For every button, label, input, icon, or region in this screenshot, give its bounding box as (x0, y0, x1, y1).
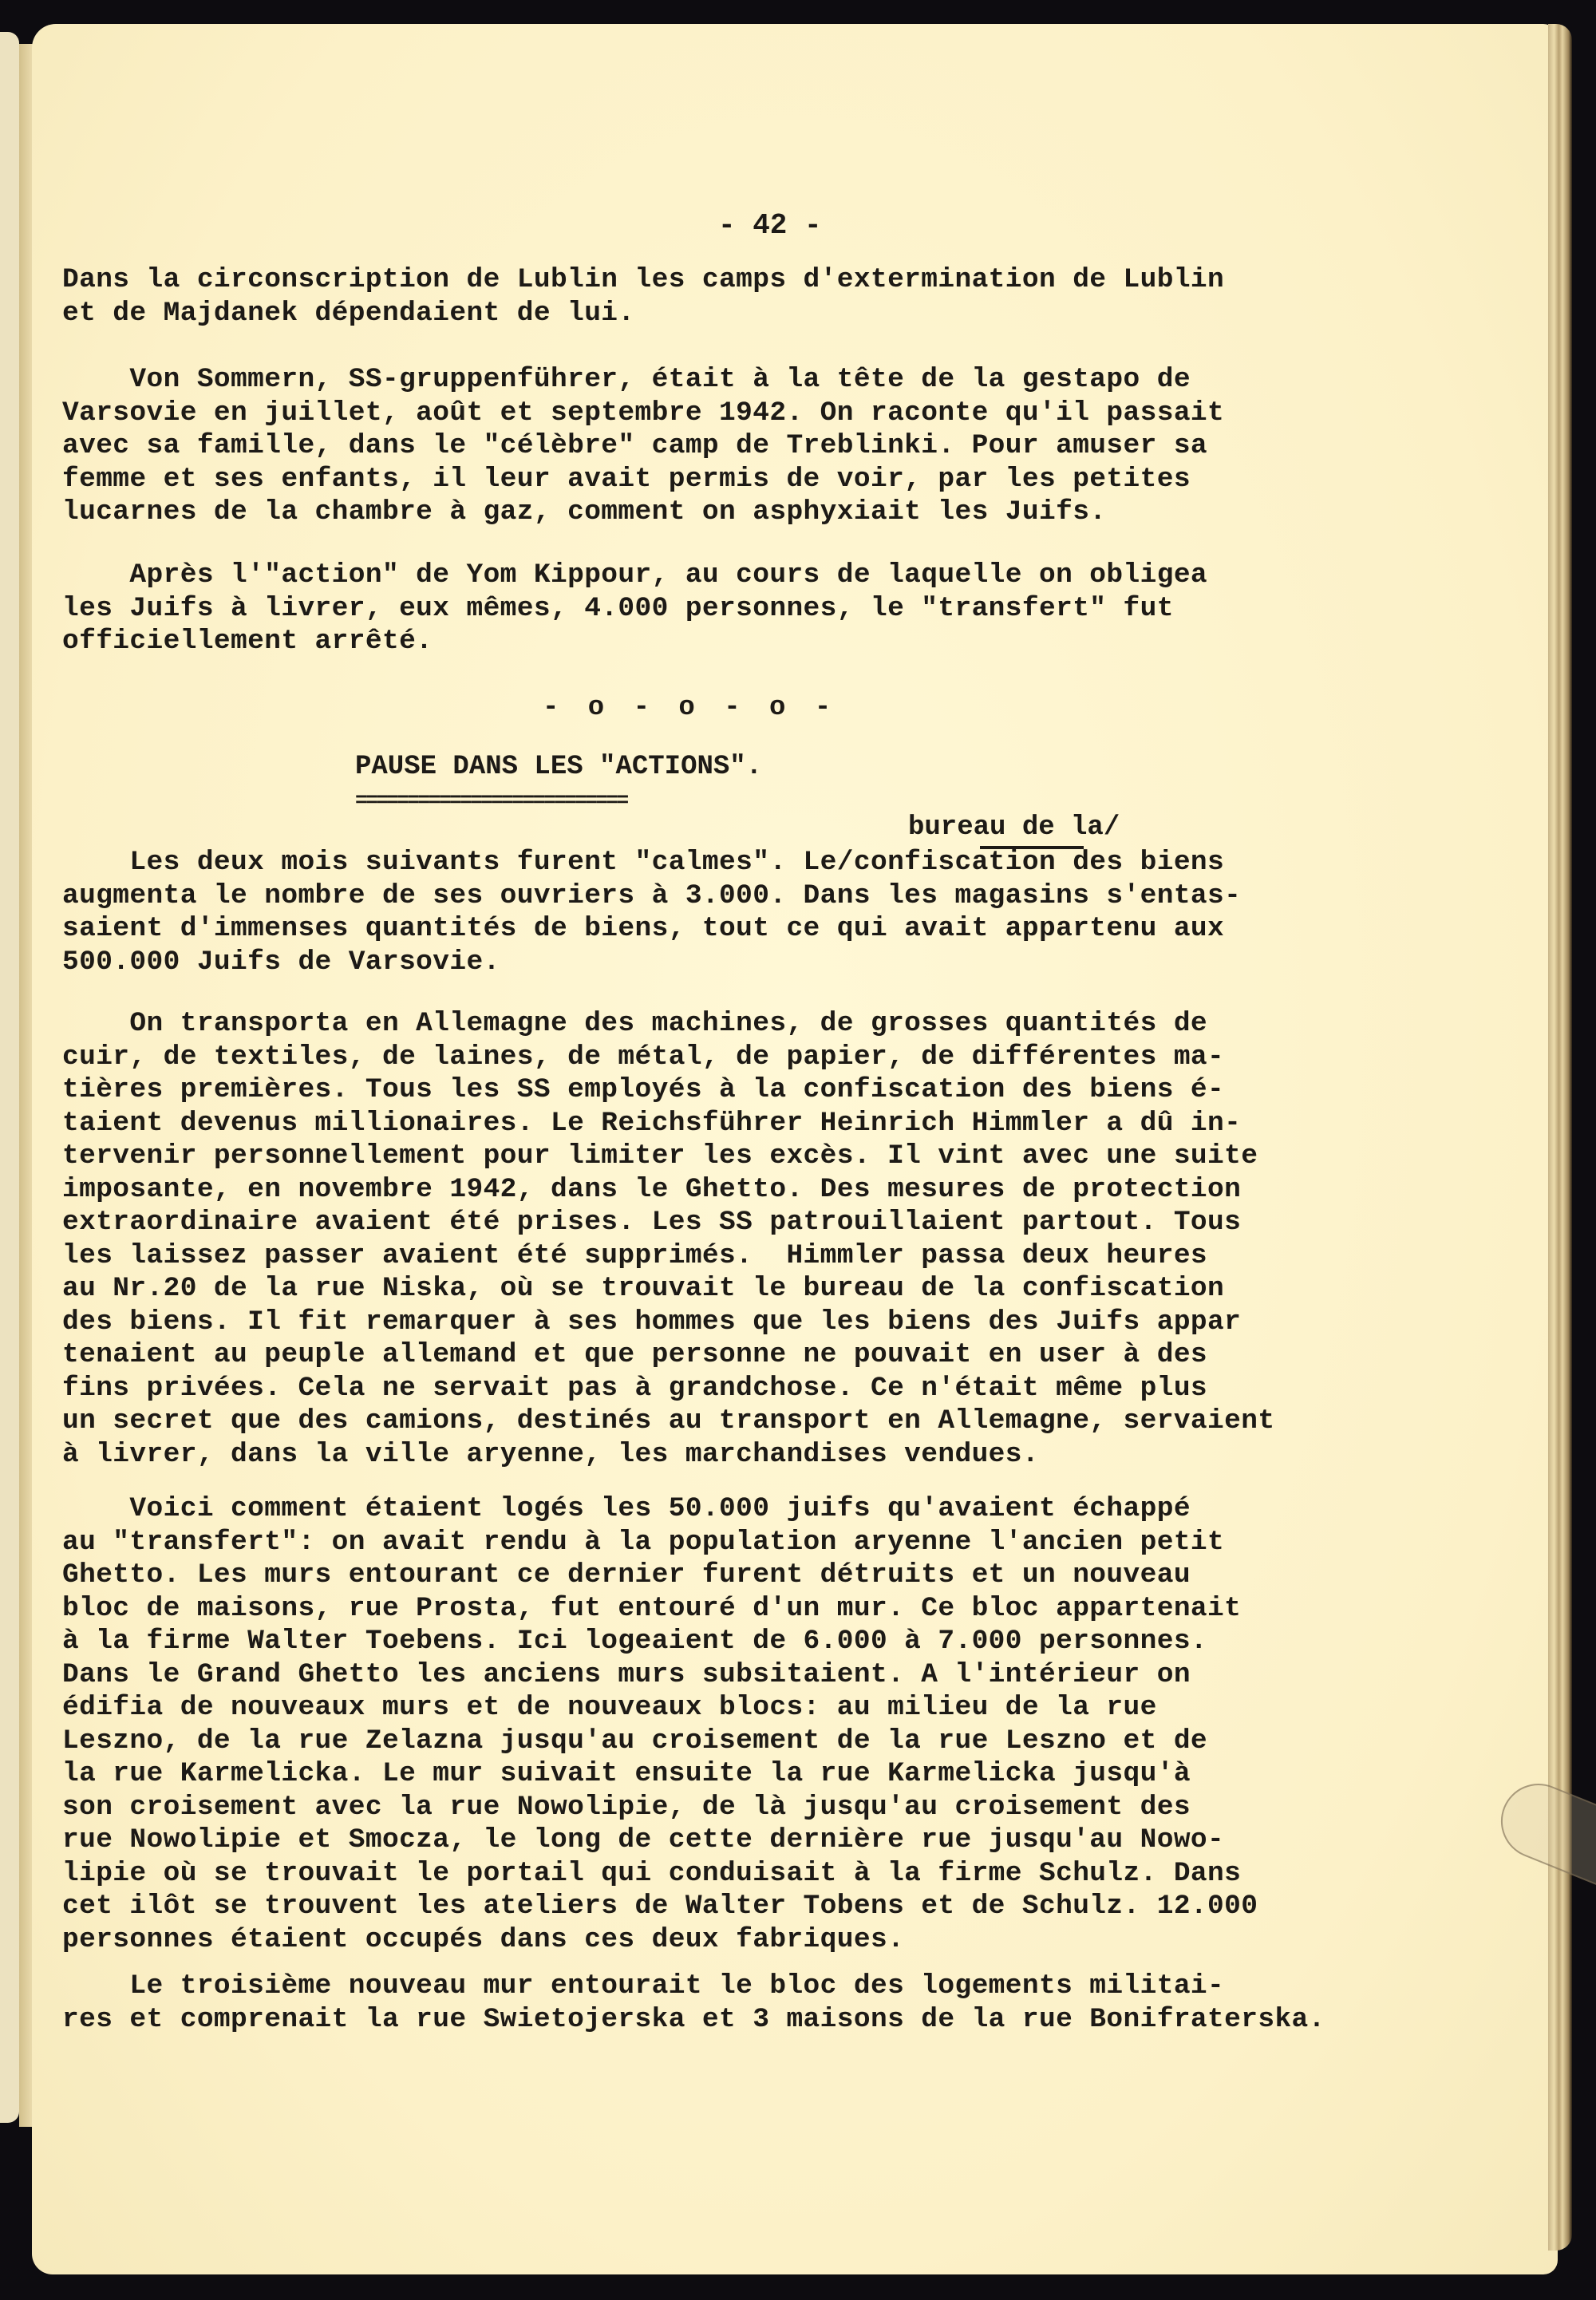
text-line: 500.000 Juifs de Varsovie. (62, 946, 1435, 979)
paragraph-yom-kippour: Après l'"action" de Yom Kippour, au cour… (62, 559, 1451, 658)
text-line: femme et ses enfants, il leur avait perm… (62, 463, 1435, 496)
text-line: Voici comment étaient logés les 50.000 j… (62, 1492, 1435, 1526)
text-line: Le troisième nouveau mur entourait le bl… (62, 1970, 1435, 2003)
text-line: cuir, de textiles, de laines, de métal, … (62, 1041, 1435, 1074)
text-line: Après l'"action" de Yom Kippour, au cour… (62, 559, 1435, 592)
paragraph-lublin: Dans la circonscription de Lublin les ca… (62, 263, 1451, 330)
section-separator: - o - o - o - (543, 693, 837, 723)
text-line: Ghetto. Les murs entourant ce dernier fu… (62, 1559, 1435, 1592)
text-line: avec sa famille, dans le "célèbre" camp … (62, 429, 1435, 463)
text-line: imposante, en novembre 1942, dans le Ghe… (62, 1173, 1435, 1207)
page-stack-edges (1548, 24, 1572, 2251)
text-line: officiellement arrêté. (62, 625, 1435, 658)
text-line: On transporta en Allemagne des machines,… (62, 1007, 1435, 1041)
text-line: la rue Karmelicka. Le mur suivait ensuit… (62, 1757, 1435, 1791)
text-line: les Juifs à livrer, eux mêmes, 4.000 per… (62, 592, 1435, 626)
text-line: à livrer, dans la ville aryenne, les mar… (62, 1438, 1435, 1472)
text-line: res et comprenait la rue Swietojerska et… (62, 2003, 1435, 2037)
text-line: un secret que des camions, destinés au t… (62, 1405, 1435, 1438)
text-line: les laissez passer avaient été supprimés… (62, 1239, 1435, 1273)
text-line: rue Nowolipie et Smocza, le long de cett… (62, 1824, 1435, 1857)
text-line: au Nr.20 de la rue Niska, où se trouvait… (62, 1272, 1435, 1306)
paragraph-transport-allemagne: On transporta en Allemagne des machines,… (62, 1007, 1451, 1471)
text-line: Leszno, de la rue Zelazna jusqu'au crois… (62, 1725, 1435, 1758)
text-line: à la firme Walter Toebens. Ici logeaient… (62, 1625, 1435, 1658)
text-line: taient devenus millionaires. Le Reichsfü… (62, 1107, 1435, 1140)
text-line: Les deux mois suivants furent "calmes". … (62, 846, 1435, 879)
text-line: cet ilôt se trouvent les ateliers de Wal… (62, 1890, 1435, 1923)
text-line: fins privées. Cela ne servait pas à gran… (62, 1372, 1435, 1405)
text-line: tières premières. Tous les SS employés à… (62, 1073, 1435, 1107)
paragraph-von-sommern: Von Sommern, SS-gruppenführer, était à l… (62, 363, 1451, 529)
text-line: saient d'immenses quantités de biens, to… (62, 912, 1435, 946)
text-line: personnes étaient occupés dans ces deux … (62, 1923, 1435, 1957)
text-line: tenaient au peuple allemand et que perso… (62, 1338, 1435, 1372)
section-heading-underline: ========================== (355, 788, 627, 812)
text-line: des biens. Il fit remarquer à ses hommes… (62, 1306, 1435, 1339)
paragraph-voici-comment: Voici comment étaient logés les 50.000 j… (62, 1492, 1451, 1956)
text-line: et de Majdanek dépendaient de lui. (62, 297, 1435, 330)
text-line: Von Sommern, SS-gruppenführer, était à l… (62, 363, 1435, 397)
text-line: Dans la circonscription de Lublin les ca… (62, 263, 1435, 297)
section-heading: PAUSE DANS LES "ACTIONS". (355, 752, 762, 782)
paragraph-troisieme-mur: Le troisième nouveau mur entourait le bl… (62, 1970, 1451, 2036)
text-line: Varsovie en juillet, août et septembre 1… (62, 397, 1435, 430)
text-line: bloc de maisons, rue Prosta, fut entouré… (62, 1592, 1435, 1626)
text-line: lipie où se trouvait le portail qui cond… (62, 1857, 1435, 1891)
text-line: Dans le Grand Ghetto les anciens murs su… (62, 1658, 1435, 1692)
text-line: au "transfert": on avait rendu à la popu… (62, 1526, 1435, 1559)
handwritten-insertion: bureau de la/ (908, 812, 1120, 843)
text-line: lucarnes de la chambre à gaz, comment on… (62, 496, 1435, 529)
text-line: tervenir personnellement pour limiter le… (62, 1140, 1435, 1173)
page-number: - 42 - (718, 209, 822, 242)
text-line: augmenta le nombre de ses ouvriers à 3.0… (62, 879, 1435, 913)
text-line: son croisement avec la rue Nowolipie, de… (62, 1791, 1435, 1824)
paragraph-deux-mois: Les deux mois suivants furent "calmes". … (62, 846, 1451, 978)
text-line: extraordinaire avaient été prises. Les S… (62, 1206, 1435, 1239)
left-facing-page-edge (0, 32, 19, 2123)
text-line: édifia de nouveaux murs et de nouveaux b… (62, 1691, 1435, 1725)
